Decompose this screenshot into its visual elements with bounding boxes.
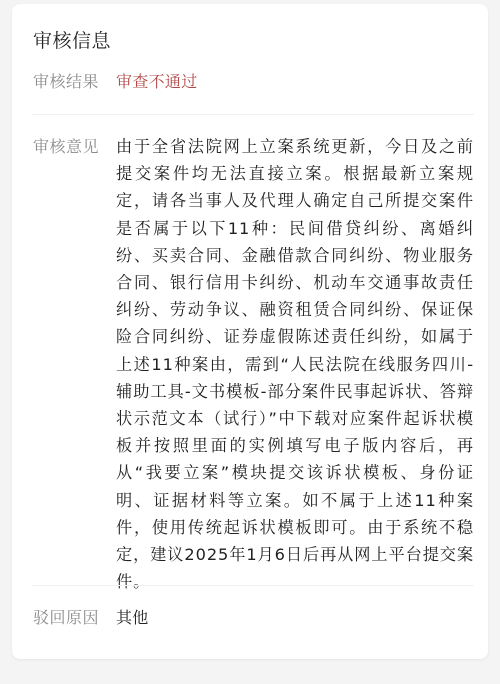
reject-reason-label: 驳回原因 [33,604,116,632]
reject-reason-value: 其他 [116,604,474,632]
review-opinion-text: 由于全省法院网上立案系统更新，今日及之前提交案件均无法直接立案。根据最新立案规定… [116,133,474,595]
review-opinion-row: 审核意见 由于全省法院网上立案系统更新，今日及之前提交案件均无法直接立案。根据最… [33,133,474,595]
review-result-status: 审查不通过 [116,68,474,96]
review-info-card: 审核信息 审核结果 审查不通过 审核意见 由于全省法院网上立案系统更新，今日及之… [12,4,488,659]
review-opinion-label: 审核意见 [33,133,116,161]
reject-reason-row: 驳回原因 其他 [33,604,474,632]
review-result-label: 审核结果 [33,68,116,96]
divider [32,585,474,586]
review-result-row: 审核结果 审查不通过 [33,68,474,96]
card-title: 审核信息 [33,26,111,53]
divider [32,114,474,115]
